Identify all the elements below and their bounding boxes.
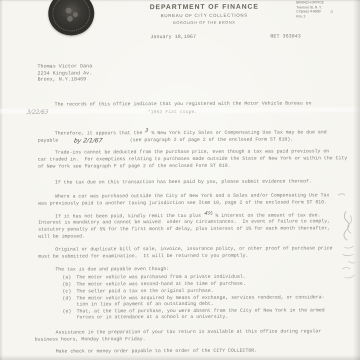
paragraph-line: business hours, Monday through Friday. xyxy=(35,338,146,343)
paragraph-line: Assistance in the preparation of your ta… xyxy=(56,330,322,336)
addressee-city: Bronx, N.Y.10469 xyxy=(38,77,87,82)
list-intro: The tax is due and payable even though: xyxy=(55,268,169,273)
paragraph-line: will be imposed. xyxy=(38,235,85,240)
borough-subtitle: BOROUGH OF THE BRONX xyxy=(111,19,297,25)
office-line: Rm. 2 xyxy=(296,14,358,19)
addressee-street: 2234 Kingsland Av. xyxy=(38,71,93,76)
paragraph-line: If the tax due on this transaction has b… xyxy=(55,180,312,186)
list-item: The motor vehicle was purchased from a p… xyxy=(76,276,245,282)
text-segment: % interest on the amount of tax due. xyxy=(212,213,320,218)
bureau-subtitle: BUREAU OF CITY COLLECTIONS xyxy=(111,12,297,18)
payment-instruction-line: Make check or money order payable to the… xyxy=(56,350,257,356)
paragraph-line: was previously paid to another taxing ju… xyxy=(38,201,327,207)
office-address-block: BRANCH OFFICE Tremont St, N. Y. CYpress … xyxy=(296,0,358,19)
handwritten-due-date: by 2/1/67 xyxy=(73,137,103,144)
triangle-mark: △ xyxy=(330,8,333,14)
list-item: tion in lieu of payment of an outstandin… xyxy=(77,302,214,307)
handwritten-interest-rate: 4½ xyxy=(204,211,213,216)
paragraph-line: Trade-ins cannot be deducted from the pu… xyxy=(55,150,329,156)
list-item-label: (a) xyxy=(62,276,71,281)
nyc-seal-icon xyxy=(48,0,94,36)
paragraph-line: must be submitted for examination. It wi… xyxy=(38,255,248,261)
pencil-scribble xyxy=(340,263,358,283)
paragraph-line: car traded in. For exemptions relating t… xyxy=(38,157,347,163)
letter-date: January 18,1967 xyxy=(150,35,196,40)
text-segment: If it has not been paid, kindly remit th… xyxy=(55,214,204,220)
paragraph-line: Original or duplicate bill of sale, invo… xyxy=(55,247,332,253)
list-item-label: (e) xyxy=(63,310,72,315)
paragraph-line: of New York see Paragraph F of page 2 of… xyxy=(38,165,231,171)
department-title: DEPARTMENT OF FINANCE xyxy=(111,3,297,11)
paragraph-line: Therefore, it appears that the 3 % New Y… xyxy=(55,130,327,137)
letter-content: DEPARTMENT OF FINANCE BUREAU OF CITY COL… xyxy=(0,0,360,360)
list-item-label: (c) xyxy=(62,290,71,295)
paragraph-line: statutory penalty of 5% for the first mo… xyxy=(38,227,330,233)
list-item-label: (d) xyxy=(63,297,72,302)
scanned-letter-page: DEPARTMENT OF FINANCE BUREAU OF CITY COL… xyxy=(0,0,360,360)
reference-number: RET 363043 xyxy=(270,34,300,39)
paragraph-line: Interest is mandatory and cannot be waiv… xyxy=(38,220,330,226)
scan-glare-streak xyxy=(0,107,360,114)
pencil-scribble xyxy=(334,191,358,269)
text-segment: Therefore, it appears that the xyxy=(55,131,146,136)
list-item: The motor vehicle was second-hand at the… xyxy=(76,283,245,289)
text-segment: payable xyxy=(38,139,58,144)
addressee-name: Thomas Victor Dana xyxy=(37,64,92,69)
list-item: The seller paid a tax on the original pu… xyxy=(76,290,213,295)
text-segment: % New York City Sales or Compensating Us… xyxy=(149,130,327,136)
paragraph-line: Where a car was purchased outside the Ci… xyxy=(55,194,329,200)
list-item-label: (b) xyxy=(62,283,71,288)
text-segment: (see paragraph 2 of page 2 of the enclos… xyxy=(130,138,293,144)
list-item: forces or in attendance at a school or a… xyxy=(77,315,229,320)
